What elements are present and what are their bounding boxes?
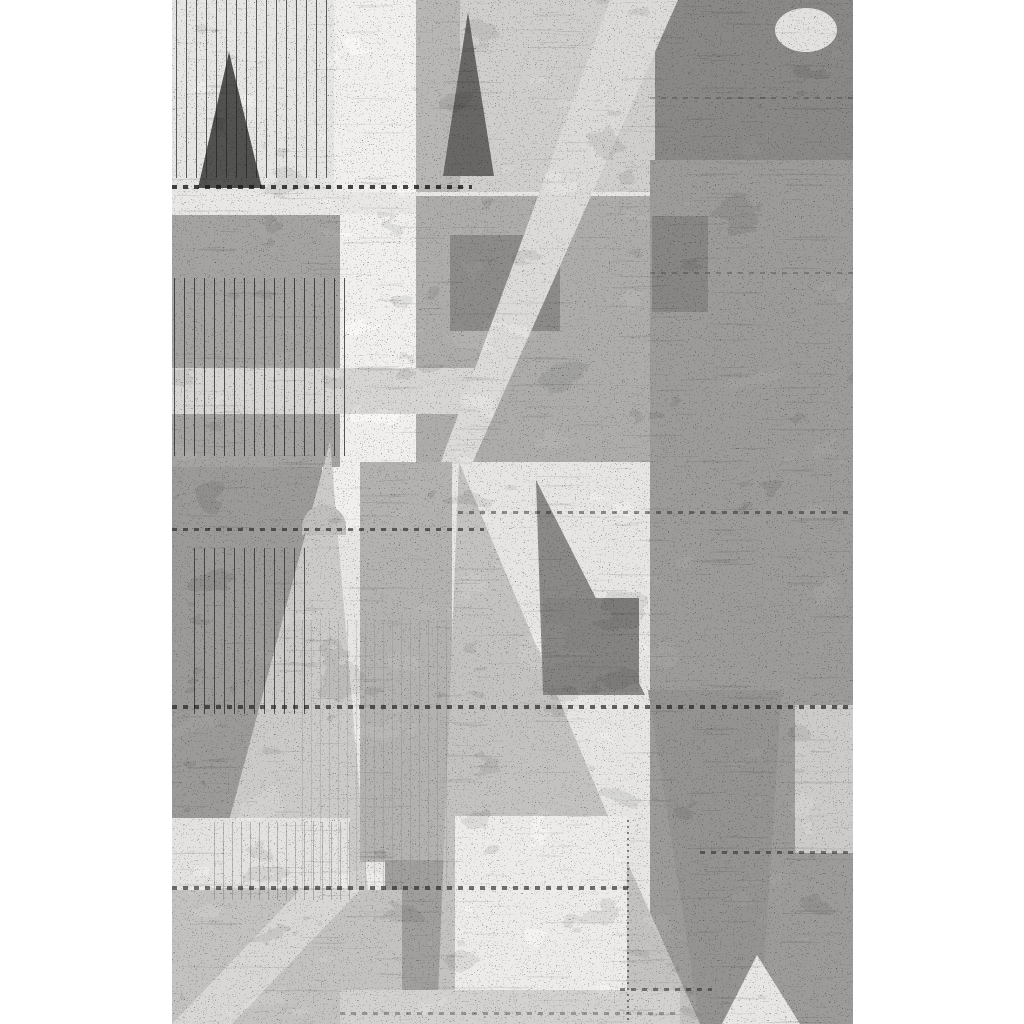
hatch-band-top-left xyxy=(176,0,332,178)
artwork-strip xyxy=(172,0,853,1024)
dash-line-988-mid xyxy=(620,988,712,991)
dash-line-528-left xyxy=(172,528,484,531)
right-dark-blob xyxy=(652,216,708,312)
dash-line-511-right xyxy=(458,511,853,514)
noisy-abstract-image xyxy=(0,0,1024,1024)
bright-bottom-center xyxy=(455,816,627,992)
hatch-band-mid-left xyxy=(174,278,346,456)
corner-light-blob xyxy=(775,8,837,52)
white-column xyxy=(334,0,416,530)
faint-line-1012 xyxy=(340,1012,680,1015)
dash-line-886 xyxy=(172,886,632,890)
dark-center-block xyxy=(543,598,639,692)
faint-line-272-right xyxy=(650,272,853,274)
faint-line-97-right xyxy=(650,97,853,99)
right-light-patch xyxy=(795,705,853,853)
dotted-vertical-627 xyxy=(627,820,629,1024)
comb-faint-mid xyxy=(302,620,452,890)
dash-line-705-full xyxy=(172,705,853,709)
bottom-center-band xyxy=(340,990,680,1024)
hatch-band-low-left xyxy=(194,548,312,714)
dash-line-851-right xyxy=(700,851,853,854)
dash-line-187 xyxy=(172,185,472,189)
